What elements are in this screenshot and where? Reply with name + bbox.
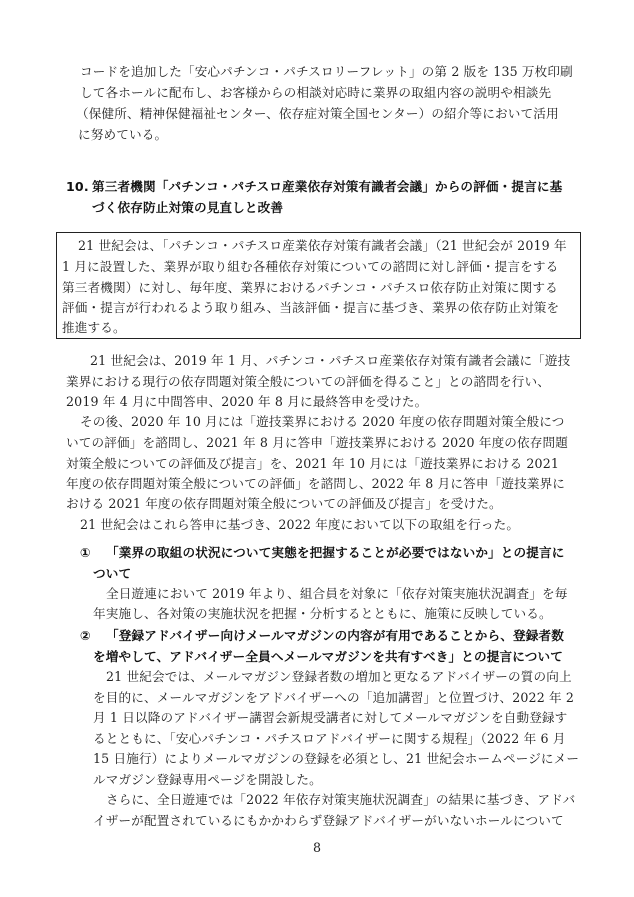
intro-line: コードを追加した「安心パチンコ・パチスロリーフレット」の第 2 版を 135 万… [80, 62, 573, 82]
body-line: 2019 年 4 月に中間答申、2020 年 8 月に最終答申を受けた。 [66, 392, 427, 412]
body-line: 業界における現行の依存問題対策全般についての評価を得ること」との諮問を行い、 [66, 372, 550, 392]
summary-line: 1 月に設置した、業界が取り組む各種依存対策についての諮問に対し評価・提言をする [62, 257, 558, 277]
item-marker: ② [80, 626, 91, 646]
summary-line: 評価・提言が行われるよう取り組み、当該評価・提言に基づき、業界の依存防止対策を [62, 298, 559, 318]
section-title-line: づく依存防止対策の見直しと改善 [92, 198, 283, 218]
item-body-line: さらに、全日遊連では「2022 年依存対策実施状況調査」の結果に基づき、アドバ [106, 790, 575, 810]
document-page: コードを追加した「安心パチンコ・パチスロリーフレット」の第 2 版を 135 万… [0, 0, 634, 897]
item-body-line: 年実施し、各対策の実施状況を把握・分析するとともに、施策に反映している。 [93, 604, 552, 624]
body-line: 21 世紀会はこれら答申に基づき、2022 年度において以下の取組を行った。 [80, 515, 519, 535]
item-body-line: るとともに、「安心パチンコ・パチスロアドバイザーに関する規程」（2022 年 6… [93, 729, 566, 749]
item-body-line: 全日遊連において 2019 年より、組合員を対象に「依存対策実施状況調査」を毎 [106, 584, 568, 604]
summary-line: 第三者機関）に対し、毎年度、業界におけるパチンコ・パチスロ依存防止対策に関する [62, 278, 558, 298]
page-number: 8 [0, 838, 634, 858]
item-heading-line: 「業界の取組の状況について実態を把握することが必要ではないか」との提言に [106, 543, 565, 563]
body-line: 対策全般についての評価及び提言」を、2021 年 10 月には「遊技業界における… [66, 454, 559, 474]
summary-line: 推進する。 [62, 318, 126, 338]
item-body-line: 15 日施行）によりメールマガジンの登録を必須とし、21 世紀会ホームページにメ… [93, 749, 579, 769]
summary-line: 21 世紀会は、「パチンコ・パチスロ産業依存対策有識者会議」（21 世紀会が 2… [78, 236, 567, 256]
body-line: おける 2021 年度の依存問題対策全般についての評価及び提言」を受けた。 [66, 494, 502, 514]
item-heading-line: を増やして、アドバイザー全員へメールマガジンを共有すべき」との提言について [93, 647, 563, 667]
item-heading-line: 「登録アドバイザー向けメールマガジンの内容が有用であることから、登録者数 [106, 626, 564, 646]
item-body-line: を目的に、メールマガジンをアドバイザーへの「追加講習」と位置づけ、2022 年 … [93, 688, 574, 708]
item-body-line: ルマガジン登録専用ページを開設した。 [93, 770, 322, 790]
section-title-line: 第三者機関「パチンコ・パチスロ産業依存対策有識者会議」からの評価・提言に基 [92, 177, 562, 197]
section-number: 10. [66, 177, 89, 197]
item-marker: ① [80, 543, 91, 563]
body-line: いての評価」を諮問し、2021 年 8 月に答申「遊技業界における 2020 年… [66, 433, 568, 453]
intro-line: に努めている。 [78, 125, 167, 145]
item-body-line: 21 世紀会では、メールマガジン登録者数の増加と更なるアドバイザーの質の向上 [106, 667, 572, 687]
intro-line: （保健所、精神保健福祉センター、依存症対策全国センター）の紹介等において活用 [76, 104, 559, 124]
body-line: その後、2020 年 10 月には「遊技業界における 2020 年度の依存問題対… [80, 412, 564, 432]
item-heading-line: ついて [93, 564, 131, 584]
body-line: 年度の依存問題対策全般についての評価」を諮問し、2022 年 8 月に答申「遊技… [66, 474, 565, 494]
intro-line: して各ホールに配布し、お客様からの相談対応時に業界の取組内容の説明や相談先 [80, 83, 551, 103]
item-body-line: イザーが配置されているにもかかわらず登録アドバイザーがいないホールについて [93, 811, 564, 831]
item-body-line: 月 1 日以降のアドバイザー講習会新規受講者に対してメールマガジンを自動登録す [93, 708, 567, 728]
body-line: 21 世紀会は、2019 年 1 月、パチンコ・パチスロ産業依存対策有識者会議に… [90, 351, 570, 371]
